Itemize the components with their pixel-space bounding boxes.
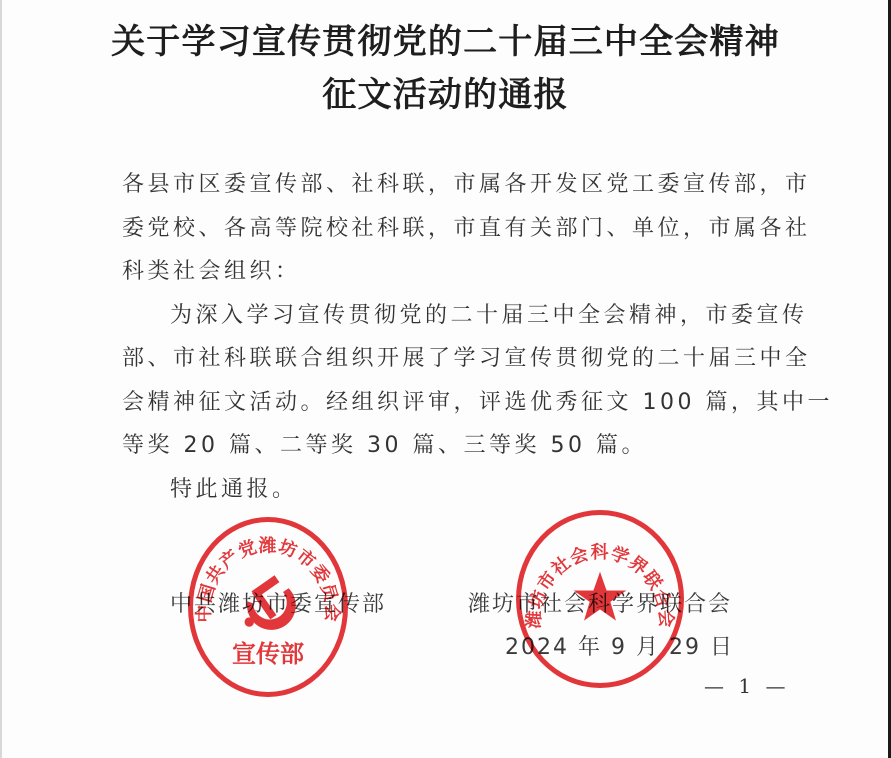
document-body: 各县市区委宣传部、社科联，市属各开发区党工委宣传部，市 委党校、各高等院校社科联…: [122, 163, 792, 511]
official-seal-left: 中国共产党潍坊市委员会 宣传部: [188, 517, 348, 697]
paragraph-line: 部、市社科联联合组织开展了学习宣传贯彻党的二十届三中全: [122, 337, 792, 381]
addressee-line: 各县市区委宣传部、社科联，市属各开发区党工委宣传部，市: [122, 163, 792, 207]
hammer-sickle-icon: [245, 575, 296, 630]
closing-line: 特此通报。: [122, 468, 792, 512]
addressee-line: 委党校、各高等院校社科联，市直有关部门、单位，市属各社: [122, 207, 792, 251]
addressee-line: 科类社会组织：: [122, 250, 792, 294]
official-seal-right: 潍坊市社会科学界联合会: [516, 510, 684, 688]
paragraph-line: 会精神征文活动。经组织评审，评选优秀征文 100 篇，其中一: [122, 381, 792, 425]
page-number: — 1 —: [704, 674, 789, 698]
document-title-line-1: 关于学习宣传贯彻党的二十届三中全会精神: [0, 22, 891, 62]
paragraph-line: 为深入学习宣传贯彻党的二十届三中全会精神，市委宣传: [122, 294, 792, 338]
seal-center-text-left: 宣传部: [193, 634, 343, 669]
seal-arc-text-right: 潍坊市社会科学界联合会: [521, 515, 679, 683]
paragraph-line: 等奖 20 篇、二等奖 30 篇、三等奖 50 篇。: [122, 424, 792, 468]
document-title-line-2: 征文活动的通报: [0, 75, 891, 115]
star-icon: [574, 572, 627, 621]
